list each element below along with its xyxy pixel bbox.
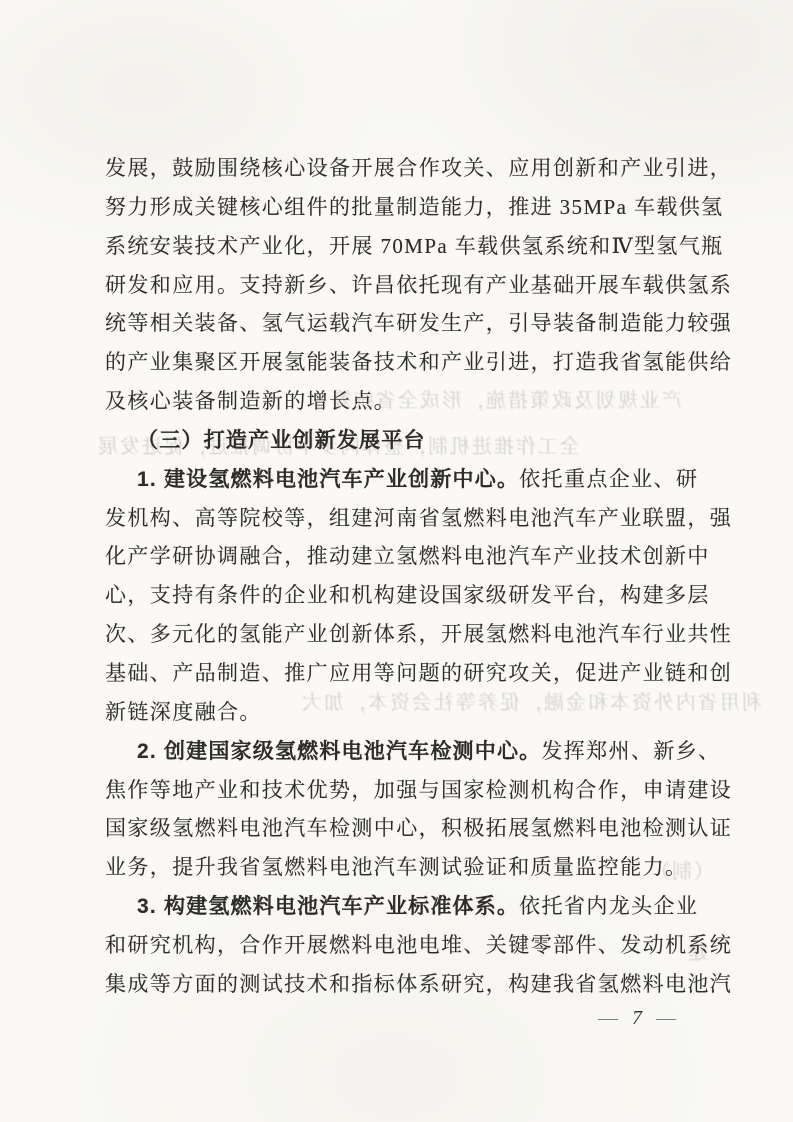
body-text-segment: 及核心装备制造新的增长点。 (105, 389, 396, 413)
text-line: 新链深度融合。 (105, 693, 711, 732)
body-text-segment: 系统安装技术产业化，开展 70MPa 车载供氢系统和Ⅳ型氢气瓶 (105, 234, 724, 258)
body-text-segment: 统等相关装备、氢气运载汽车研发生产，引导装备制造能力较强 (105, 311, 732, 335)
body-text-segment: 业务，提升我省氢燃料电池汽车测试验证和质量监控能力。 (105, 855, 687, 879)
text-line: 焦作等地产业和技术优势，加强与国家检测机构合作，申请建设 (105, 771, 711, 810)
heading-segment: 2. 创建国家级氢燃料电池汽车检测中心。 (137, 740, 541, 763)
text-line: 基础、产品制造、推广应用等问题的研究攻关，促进产业链和创 (105, 654, 711, 693)
text-line: 心，支持有条件的企业和机构建设国家级研发平台，构建多层 (105, 576, 711, 615)
document-body: 发展，鼓励围绕核心设备开展合作攻关、应用创新和产业引进，努力形成关键核心组件的批… (105, 149, 711, 1004)
text-line: 和研究机构，合作开展燃料电池电堆、关键零部件、发动机系统 (105, 926, 711, 965)
text-line: 的产业集聚区开展氢能装备技术和产业引进，打造我省氢能供给 (105, 343, 711, 382)
page-number-right-dash: — (656, 1007, 676, 1029)
page-number-value: 7 (632, 1007, 642, 1029)
text-line: 业务，提升我省氢燃料电池汽车测试验证和质量监控能力。 (105, 848, 711, 887)
page-number: —7— (598, 1006, 676, 1030)
heading-segment: （三）打造产业创新发展平台 (137, 429, 426, 452)
body-text-segment: 研发和应用。支持新乡、许昌依托现有产业基础开展车载供氢系 (105, 273, 732, 297)
body-text-segment: 发挥郑州、新乡、 (541, 739, 720, 763)
body-text-segment: 基础、产品制造、推广应用等问题的研究攻关，促进产业链和创 (105, 661, 732, 685)
text-line: 发机构、高等院校等，组建河南省氢燃料电池汽车产业联盟，强 (105, 499, 711, 538)
body-text-segment: 化产学研协调融合，推动建立氢燃料电池汽车产业技术创新中 (105, 544, 710, 568)
body-text-segment: 发机构、高等院校等，组建河南省氢燃料电池汽车产业联盟，强 (105, 506, 732, 530)
body-text-segment: 依托省内龙头企业 (519, 894, 698, 918)
body-text-segment: 的产业集聚区开展氢能装备技术和产业引进，打造我省氢能供给 (105, 350, 732, 374)
body-text-segment: 国家级氢燃料电池汽车检测中心，积极拓展氢燃料电池检测认证 (105, 816, 732, 840)
scanned-document-page: 产业规划及政策措施，形成全省统筹全工作推进机制，整体同步早协调推进，促进发展利用… (0, 0, 793, 1122)
text-line: 及核心装备制造新的增长点。 (105, 382, 711, 421)
text-line: 1. 建设氢燃料电池汽车产业创新中心。依托重点企业、研 (105, 460, 711, 499)
body-text-segment: 努力形成关键核心组件的批量制造能力，推进 35MPa 车载供氢 (105, 195, 724, 219)
body-text-segment: 集成等方面的测试技术和指标体系研究，构建我省氢燃料电池汽 (105, 972, 732, 996)
text-line: 努力形成关键核心组件的批量制造能力，推进 35MPa 车载供氢 (105, 188, 711, 227)
text-line: 3. 构建氢燃料电池汽车产业标准体系。依托省内龙头企业 (105, 887, 711, 926)
body-text-segment: 新链深度融合。 (105, 700, 262, 724)
text-line: 统等相关装备、氢气运载汽车研发生产，引导装备制造能力较强 (105, 304, 711, 343)
body-text-segment: 和研究机构，合作开展燃料电池电堆、关键零部件、发动机系统 (105, 933, 732, 957)
text-line: 发展，鼓励围绕核心设备开展合作攻关、应用创新和产业引进， (105, 149, 711, 188)
body-text-segment: 依托重点企业、研 (519, 467, 698, 491)
body-text-segment: 心，支持有条件的企业和机构建设国家级研发平台，构建多层 (105, 583, 710, 607)
body-text-segment: 次、多元化的氢能产业创新体系，开展氢燃料电池汽车行业共性 (105, 622, 732, 646)
body-text-segment: 发展，鼓励围绕核心设备开展合作攻关、应用创新和产业引进， (105, 156, 732, 180)
text-line: （三）打造产业创新发展平台 (105, 421, 711, 460)
heading-segment: 3. 构建氢燃料电池汽车产业标准体系。 (137, 895, 519, 918)
text-line: 集成等方面的测试技术和指标体系研究，构建我省氢燃料电池汽 (105, 965, 711, 1004)
text-line: 2. 创建国家级氢燃料电池汽车检测中心。发挥郑州、新乡、 (105, 732, 711, 771)
text-line: 次、多元化的氢能产业创新体系，开展氢燃料电池汽车行业共性 (105, 615, 711, 654)
page-number-left-dash: — (598, 1007, 618, 1029)
heading-segment: 1. 建设氢燃料电池汽车产业创新中心。 (137, 468, 519, 491)
text-line: 系统安装技术产业化，开展 70MPa 车载供氢系统和Ⅳ型氢气瓶 (105, 227, 711, 266)
text-line: 国家级氢燃料电池汽车检测中心，积极拓展氢燃料电池检测认证 (105, 809, 711, 848)
body-text-segment: 焦作等地产业和技术优势，加强与国家检测机构合作，申请建设 (105, 778, 732, 802)
text-line: 化产学研协调融合，推动建立氢燃料电池汽车产业技术创新中 (105, 537, 711, 576)
text-line: 研发和应用。支持新乡、许昌依托现有产业基础开展车载供氢系 (105, 266, 711, 305)
